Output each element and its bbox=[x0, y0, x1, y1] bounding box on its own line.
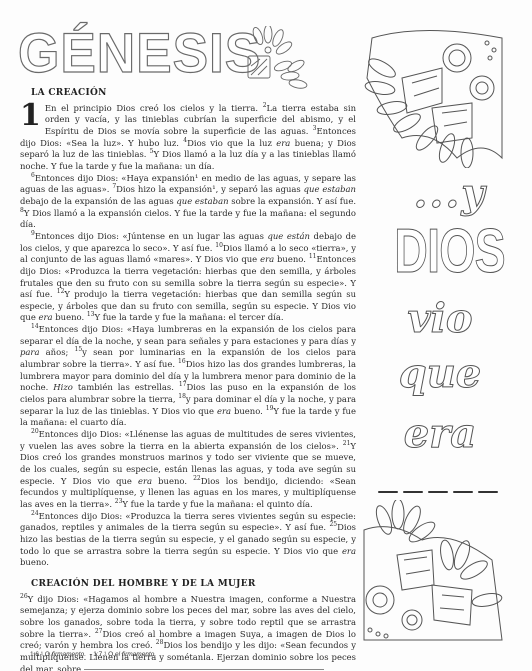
verse-paragraph: 14Entonces dijo Dios: «Haya lumbreras en… bbox=[20, 324, 356, 429]
verse-paragraph: 24Entonces dijo Dios: «Produzca la tierr… bbox=[20, 511, 356, 569]
floral-ornament-icon bbox=[238, 26, 318, 96]
scripture-column: LA CREACIÓN 1En el principio Dios creó l… bbox=[20, 88, 356, 671]
coloring-word-dios: DIOS bbox=[394, 216, 492, 287]
verse-paragraph: 1En el principio Dios creó los cielos y … bbox=[20, 103, 356, 173]
coloring-word-era: era bbox=[385, 410, 495, 457]
verse-paragraph: 20Entonces dijo Dios: «Llénense las agua… bbox=[20, 429, 356, 511]
bible-page: GÉNESIS LA CREACIÓN 1En el principio Dio… bbox=[0, 0, 532, 671]
book-title-area: GÉNESIS bbox=[18, 18, 318, 88]
coloring-word-que: que bbox=[385, 350, 495, 397]
blank-dash bbox=[453, 491, 473, 493]
verse-paragraph: 9Entonces dijo Dios: «Júntense en un lug… bbox=[20, 231, 356, 324]
verse-paragraph: 26Y dijo Dios: «Hagamos al hombre a Nues… bbox=[20, 594, 356, 671]
continuation-line bbox=[84, 669, 324, 670]
blank-dash bbox=[428, 491, 448, 493]
verse-paragraph: 6Entonces dijo Dios: «Haya expansión¹ en… bbox=[20, 173, 356, 231]
blank-dash bbox=[378, 491, 398, 493]
section-heading: CREACIÓN DEL HOMBRE Y DE LA MUJER bbox=[31, 579, 356, 591]
blank-dash bbox=[478, 491, 498, 493]
floral-corner-ornament-icon bbox=[362, 500, 510, 650]
blank-dash bbox=[403, 491, 423, 493]
coloring-word-vio: vio bbox=[385, 295, 495, 342]
floral-corner-ornament-icon bbox=[362, 18, 510, 168]
footnotes: 1:6 ¹ O firmamento. 1:7 ¹ O el firmament… bbox=[30, 651, 156, 658]
chapter-number: 1 bbox=[20, 104, 41, 128]
book-title: GÉNESIS bbox=[18, 18, 261, 88]
coloring-word-y: ...y bbox=[400, 170, 500, 217]
section-heading: LA CREACIÓN bbox=[31, 88, 356, 100]
fill-in-blank bbox=[378, 478, 503, 484]
